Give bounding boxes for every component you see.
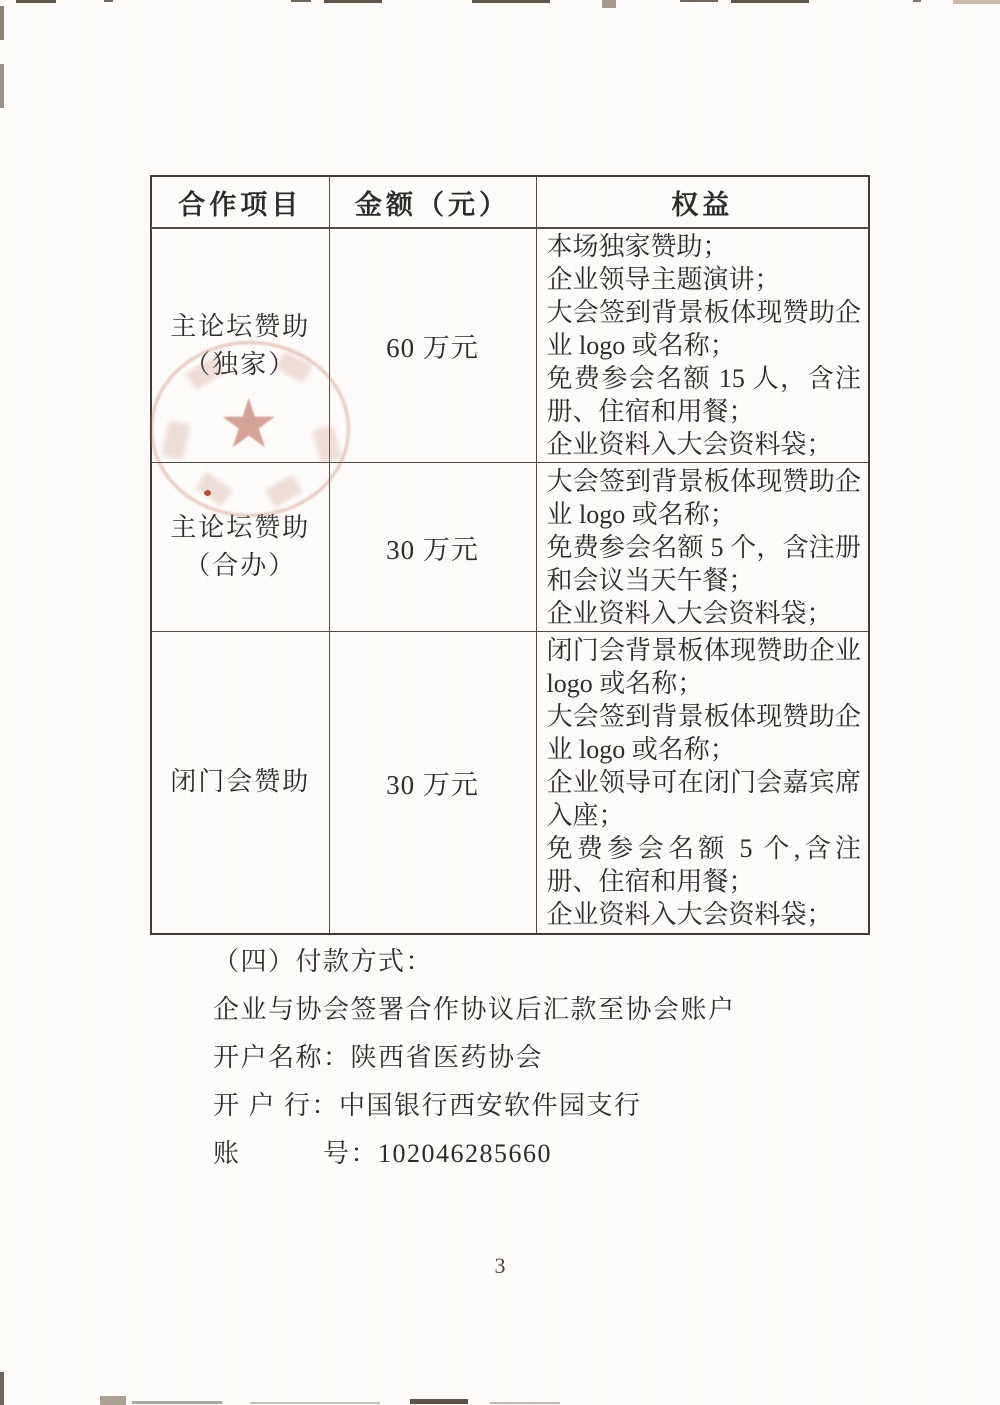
benefit-item: 企业领导主题演讲；	[547, 263, 862, 296]
benefit-item: 大会签到背景板体现赞助企业 logo 或名称；	[547, 700, 862, 766]
scan-artifact	[132, 1401, 222, 1404]
scan-artifact	[104, 0, 113, 2]
scan-artifact	[0, 1372, 4, 1405]
scan-artifact	[680, 0, 718, 2]
document-page: 合作项目 金额（元） 权益 主论坛赞助 （独家） 60 万元 本场独家赞助；企业…	[0, 0, 1000, 1405]
benefits-cell: 本场独家赞助；企业领导主题演讲；大会签到背景板体现赞助企业 logo 或名称；免…	[536, 228, 869, 463]
amount-cell: 60 万元	[329, 228, 536, 463]
benefit-item: 企业领导可在闭门会嘉宾席入座；	[547, 766, 862, 832]
benefit-item: 本场独家赞助；	[547, 230, 862, 263]
benefit-item: 闭门会背景板体现赞助企业 logo 或名称；	[547, 634, 862, 700]
scan-artifact	[472, 0, 550, 3]
amount-cell: 30 万元	[329, 632, 536, 934]
scan-artifact	[324, 0, 382, 3]
benefits-cell: 大会签到背景板体现赞助企业 logo 或名称；免费参会名额 5 个，含注册和会议…	[536, 463, 869, 632]
payment-line-account-name: 开户名称：陕西省医药协会	[213, 1044, 736, 1071]
scan-artifact	[0, 64, 4, 108]
project-cell: 闭门会赞助	[151, 632, 329, 934]
col-header-project: 合作项目	[151, 176, 329, 228]
scan-artifact	[602, 0, 616, 8]
table-row: 闭门会赞助 30 万元 闭门会背景板体现赞助企业 logo 或名称；大会签到背景…	[151, 632, 869, 934]
page-number: 3	[0, 1253, 1000, 1279]
benefit-item: 免费参会名额 15 人，含注册、住宿和用餐；	[547, 362, 862, 428]
benefit-item: 企业资料入大会资料袋；	[547, 428, 862, 461]
sponsorship-table: 合作项目 金额（元） 权益 主论坛赞助 （独家） 60 万元 本场独家赞助；企业…	[150, 175, 870, 935]
table-row: 主论坛赞助 （合办） 30 万元 大会签到背景板体现赞助企业 logo 或名称；…	[151, 463, 869, 632]
payment-line-account-number: 账 号：102046285660	[213, 1140, 736, 1167]
benefit-item: 免费参会名额 5 个,含注册、住宿和用餐；	[547, 832, 862, 898]
col-header-amount: 金额（元）	[329, 176, 536, 228]
scan-artifact	[16, 0, 56, 3]
scan-artifact	[731, 0, 809, 3]
scan-artifact	[913, 0, 921, 2]
scan-artifact	[410, 1399, 468, 1404]
ink-dot	[204, 490, 211, 496]
payment-heading: （四）付款方式：	[213, 948, 736, 975]
benefit-item: 企业资料入大会资料袋；	[547, 898, 862, 931]
scan-artifact	[0, 6, 4, 40]
project-cell: 主论坛赞助 （合办）	[151, 463, 329, 632]
scan-artifact	[250, 1402, 380, 1404]
scan-artifact	[490, 1402, 560, 1404]
benefit-item: 大会签到背景板体现赞助企业 logo 或名称；	[547, 296, 862, 362]
benefit-item: 企业资料入大会资料袋；	[547, 597, 862, 630]
payment-line-transfer: 企业与协会签署合作协议后汇款至协会账户	[213, 996, 736, 1023]
payment-section: （四）付款方式： 企业与协会签署合作协议后汇款至协会账户 开户名称：陕西省医药协…	[213, 948, 736, 1167]
scan-artifact	[291, 0, 311, 2]
benefit-item: 大会签到背景板体现赞助企业 logo 或名称；	[547, 465, 862, 531]
amount-cell: 30 万元	[329, 463, 536, 632]
table-row: 主论坛赞助 （独家） 60 万元 本场独家赞助；企业领导主题演讲；大会签到背景板…	[151, 228, 869, 463]
benefits-cell: 闭门会背景板体现赞助企业 logo 或名称；大会签到背景板体现赞助企业 logo…	[536, 632, 869, 934]
benefit-item: 免费参会名额 5 个，含注册和会议当天午餐；	[547, 531, 862, 597]
payment-line-bank: 开 户 行：中国银行西安软件园支行	[213, 1092, 736, 1119]
scan-artifact	[100, 1396, 126, 1405]
scan-artifact	[953, 0, 1000, 4]
project-cell: 主论坛赞助 （独家）	[151, 228, 329, 463]
table-header: 合作项目 金额（元） 权益	[151, 176, 869, 228]
col-header-benefits: 权益	[536, 176, 869, 228]
